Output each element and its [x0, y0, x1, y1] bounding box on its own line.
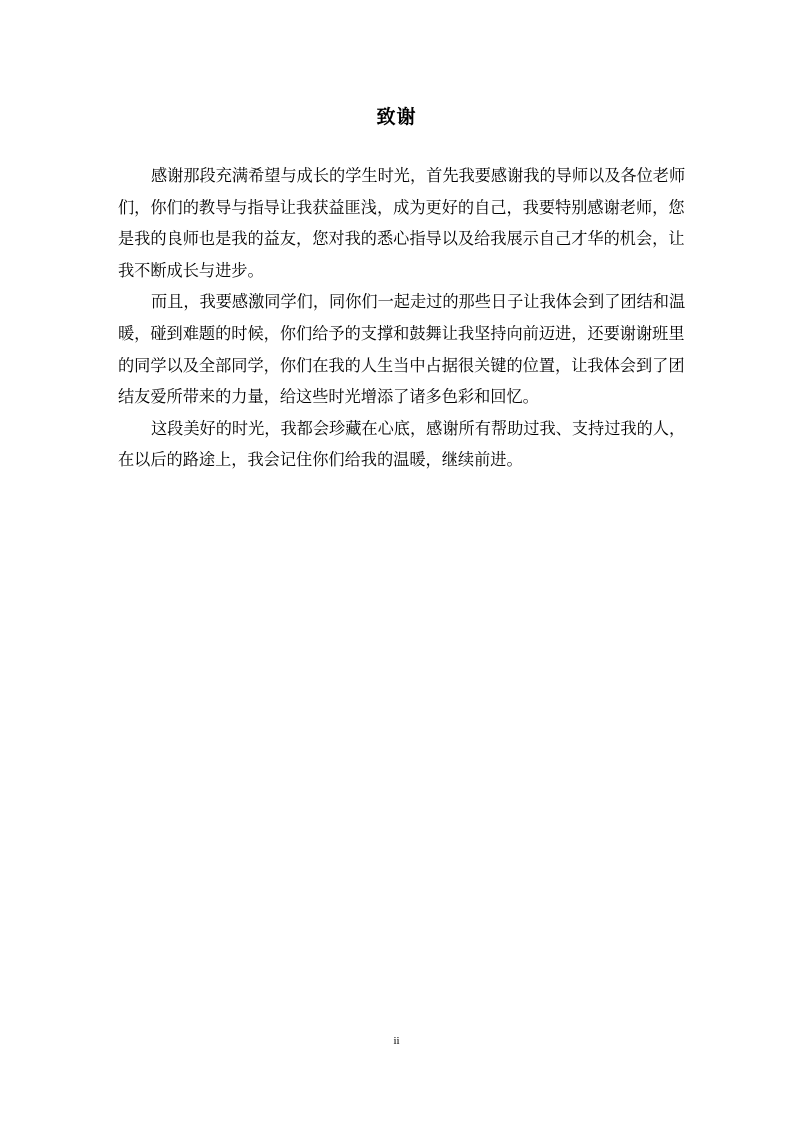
page-number: ii [0, 1034, 793, 1048]
paragraph-2: 而且，我要感激同学们，同你们一起走过的那些日子让我体会到了团结和温 暖，碰到难题… [118, 286, 674, 412]
text-line: 结友爱所带来的力量，给这些时光增添了诸多色彩和回忆。 [118, 381, 674, 413]
document-page: 致谢 感谢那段充满希望与成长的学生时光，首先我要感谢我的导师以及各位老师 们，你… [0, 0, 793, 1122]
paragraph-1: 感谢那段充满希望与成长的学生时光，首先我要感谢我的导师以及各位老师 们，你们的教… [118, 160, 674, 286]
text-line: 们，你们的教导与指导让我获益匪浅，成为更好的自己，我要特别感谢老师，您 [118, 192, 674, 224]
text-line: 的同学以及全部同学，你们在我的人生当中占据很关键的位置，让我体会到了团 [118, 350, 674, 382]
page-title: 致谢 [0, 104, 793, 130]
paragraph-3: 这段美好的时光，我都会珍藏在心底，感谢所有帮助过我、支持过我的人， 在以后的路途… [118, 413, 674, 476]
text-line: 在以后的路途上，我会记住你们给我的温暖，继续前进。 [118, 444, 674, 476]
document-body: 感谢那段充满希望与成长的学生时光，首先我要感谢我的导师以及各位老师 们，你们的教… [118, 160, 674, 476]
text-line: 这段美好的时光，我都会珍藏在心底，感谢所有帮助过我、支持过我的人， [118, 413, 674, 445]
text-line: 而且，我要感激同学们，同你们一起走过的那些日子让我体会到了团结和温 [118, 286, 674, 318]
text-line: 我不断成长与进步。 [118, 255, 674, 287]
text-line: 感谢那段充满希望与成长的学生时光，首先我要感谢我的导师以及各位老师 [118, 160, 674, 192]
text-line: 是我的良师也是我的益友，您对我的悉心指导以及给我展示自己才华的机会，让 [118, 223, 674, 255]
text-line: 暖，碰到难题的时候，你们给予的支撑和鼓舞让我坚持向前迈进，还要谢谢班里 [118, 318, 674, 350]
